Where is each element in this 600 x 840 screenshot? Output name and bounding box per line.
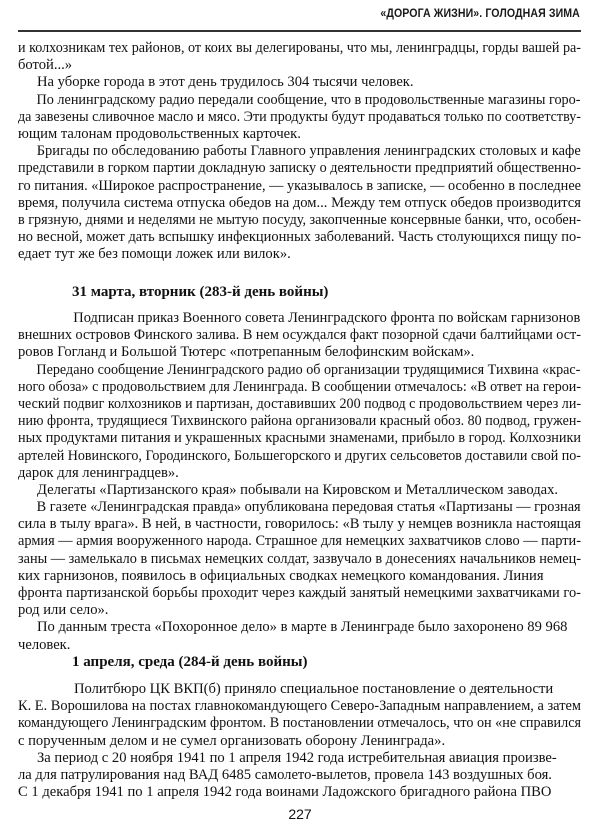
text-line: род или село».: [18, 602, 581, 619]
text-line: Передано сообщение Ленинградского радио …: [18, 362, 581, 379]
section-heading-april-1: 1 апреля, среда (284-й день войны): [72, 653, 307, 671]
text-line: ких гарнизонов, появилось в официальных …: [18, 568, 581, 585]
text-line: сила в тылу врага». В ней, в частности, …: [18, 516, 581, 533]
header-rule: [18, 30, 581, 32]
text-line: фронта партизанской борьбы проходит чере…: [18, 585, 581, 602]
text-line: В газете «Ленинградская правда» опублико…: [18, 499, 581, 516]
text-line: На уборке города в этот день трудилось 3…: [18, 74, 581, 91]
text-line: го питания. «Широкое распространение, — …: [18, 178, 581, 195]
text-line: ющим талонам продовольственных карточек.: [18, 126, 581, 143]
section-heading-march-31: 31 марта, вторник (283-й день войны): [72, 283, 328, 301]
text-line: но весной, может дать вспышку инфекционн…: [18, 229, 581, 246]
text-line: Делегаты «Партизанского края» побывали н…: [18, 482, 581, 499]
text-line: Бригады по обследованию работы Главного …: [18, 143, 581, 160]
running-head: «ДОРОГА ЖИЗНИ». ГОЛОДНАЯ ЗИМА: [380, 8, 580, 20]
text-line: К. Е. Ворошилова на постах главнокоманду…: [18, 698, 581, 715]
text-block-march-31: Подписан приказ Военного совета Ленингра…: [18, 310, 581, 654]
text-line: С 1 декабря 1941 по 1 апреля 1942 года в…: [18, 784, 581, 801]
text-line: едает тут же без помощи ложек или вилок»…: [18, 246, 581, 263]
text-line: с порученным делом и не сумел организова…: [18, 733, 581, 750]
text-line: ческий подвиг колхозников и партизан, до…: [18, 396, 581, 413]
text-line: командующего Ленинградским фронтом. В по…: [18, 715, 581, 732]
text-line: время, получила система отпуска обедов н…: [18, 195, 581, 212]
text-line: и колхозникам тех районов, от коих вы де…: [18, 40, 581, 57]
text-line: Политбюро ЦК ВКП(б) приняло специальное …: [18, 681, 581, 698]
page-number: 227: [0, 806, 600, 822]
text-line: По ленинградскому радио передали сообщен…: [18, 92, 581, 109]
text-line: заны — замелькало в письмах немецких сол…: [18, 551, 581, 568]
text-line: человек.: [18, 637, 581, 654]
text-line: внешних островов Финского залива. В нем …: [18, 327, 581, 344]
text-block-intro: и колхозникам тех районов, от коих вы де…: [18, 40, 581, 263]
text-line: нию фронта, трудящиеся Тихвинского район…: [18, 413, 581, 430]
text-line: ных продуктами питания и украшенных крас…: [18, 430, 581, 447]
text-line: ного обоза» с продовольствием для Ленинг…: [18, 379, 581, 396]
text-line: представили в горком партии докладную за…: [18, 160, 581, 177]
text-line: в грязную, днями и неделями не мытую пос…: [18, 212, 581, 229]
text-line: ботой...»: [18, 57, 581, 74]
text-line: дарок для ленинградцев».: [18, 465, 581, 482]
text-line: да завезены сливочное масло и мясо. Эти …: [18, 109, 581, 126]
text-line: армия — армия вооруженного народа. Страш…: [18, 533, 581, 550]
text-line: По данным треста «Похоронное дело» в мар…: [18, 619, 581, 636]
text-line: Подписан приказ Военного совета Ленингра…: [18, 310, 581, 327]
text-line: За период с 20 ноября 1941 по 1 апреля 1…: [18, 750, 581, 767]
text-line: ла для патрулирования над ВАД 6485 самол…: [18, 767, 581, 784]
text-line: ровов Гогланд и Большой Тютерс «потрепан…: [18, 344, 581, 361]
text-line: артелей Новинского, Городинского, Больше…: [18, 448, 581, 465]
text-block-april-1: Политбюро ЦК ВКП(б) приняло специальное …: [18, 681, 581, 801]
